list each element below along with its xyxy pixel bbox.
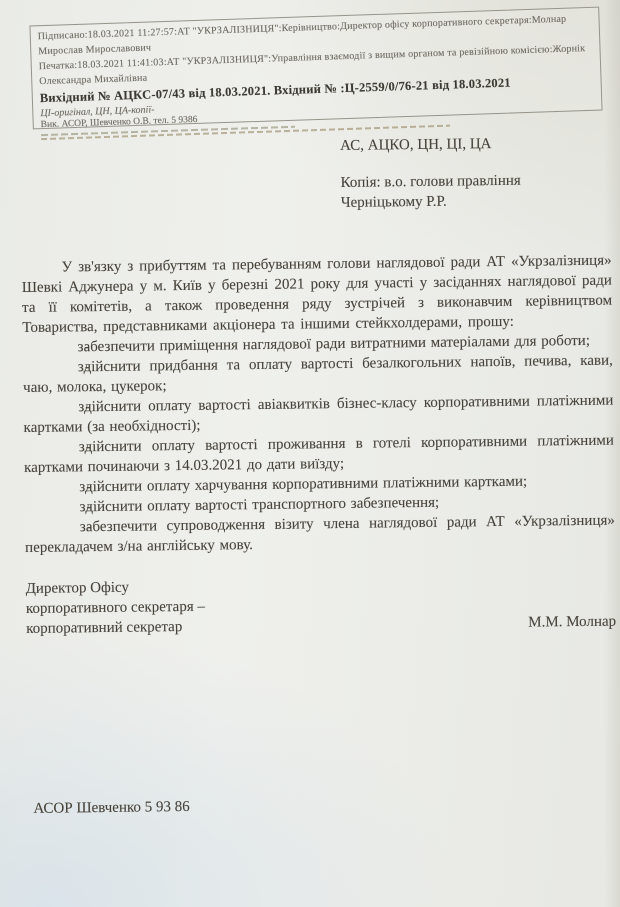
list-item-text: здійснити оплату вартості авіаквитків бі…: [24, 393, 614, 436]
signer-title-line-2: корпоративного секретаря –: [26, 597, 205, 619]
registration-stamp: Підписано:18.03.2021 11:27:57:АТ "УКРЗАЛ…: [29, 7, 602, 130]
list-item-text: здійснити оплату вартості проживання в г…: [24, 433, 614, 476]
executor-footnote: АСОР Шевченко 5 93 86: [33, 792, 618, 819]
list-item-text: здійснити придбання та оплату вартості б…: [23, 353, 613, 396]
signature-block: Директор Офісу корпоративного секретаря …: [26, 572, 617, 639]
scanned-letter-page: Підписано:18.03.2021 11:27:57:АТ "УКРЗАЛ…: [0, 0, 620, 907]
letter-body: АС, АЦКО, ЦН, ЦІ, ЦА Копія: в.о. голови …: [20, 133, 618, 819]
signer-name: М.М. Молнар: [528, 612, 616, 633]
list-dash: -: [56, 517, 80, 537]
list-dash: -: [55, 437, 79, 457]
signer-title-line-3: корпоративний секретар: [26, 617, 205, 639]
list-item-text: здійснити оплату вартості транспортного …: [80, 495, 440, 516]
list-dash: -: [55, 497, 79, 517]
list-item: -забезпечити супроводження візиту члена …: [25, 511, 615, 558]
signer-title-line-1: Директор Офісу: [26, 577, 205, 599]
list-dash: -: [54, 397, 78, 417]
intro-paragraph: У зв'язку з прибуттям та перебуванням го…: [21, 251, 612, 338]
recipients-block: АС, АЦКО, ЦН, ЦІ, ЦА Копія: в.о. голови …: [340, 133, 611, 213]
addressees-line: АС, АЦКО, ЦН, ЦІ, ЦА: [340, 133, 610, 156]
list-dash: -: [55, 477, 79, 497]
list-dash: -: [53, 337, 77, 357]
list-item-text: забезпечити супроводження візиту члена н…: [25, 513, 615, 556]
copy-recipient-line-2: Черніцькому Р.Р.: [341, 190, 611, 213]
list-dash: -: [54, 357, 78, 377]
list-item-text: здійснити оплату харчування корпоративни…: [79, 474, 527, 496]
signer-title: Директор Офісу корпоративного секретаря …: [26, 577, 206, 639]
